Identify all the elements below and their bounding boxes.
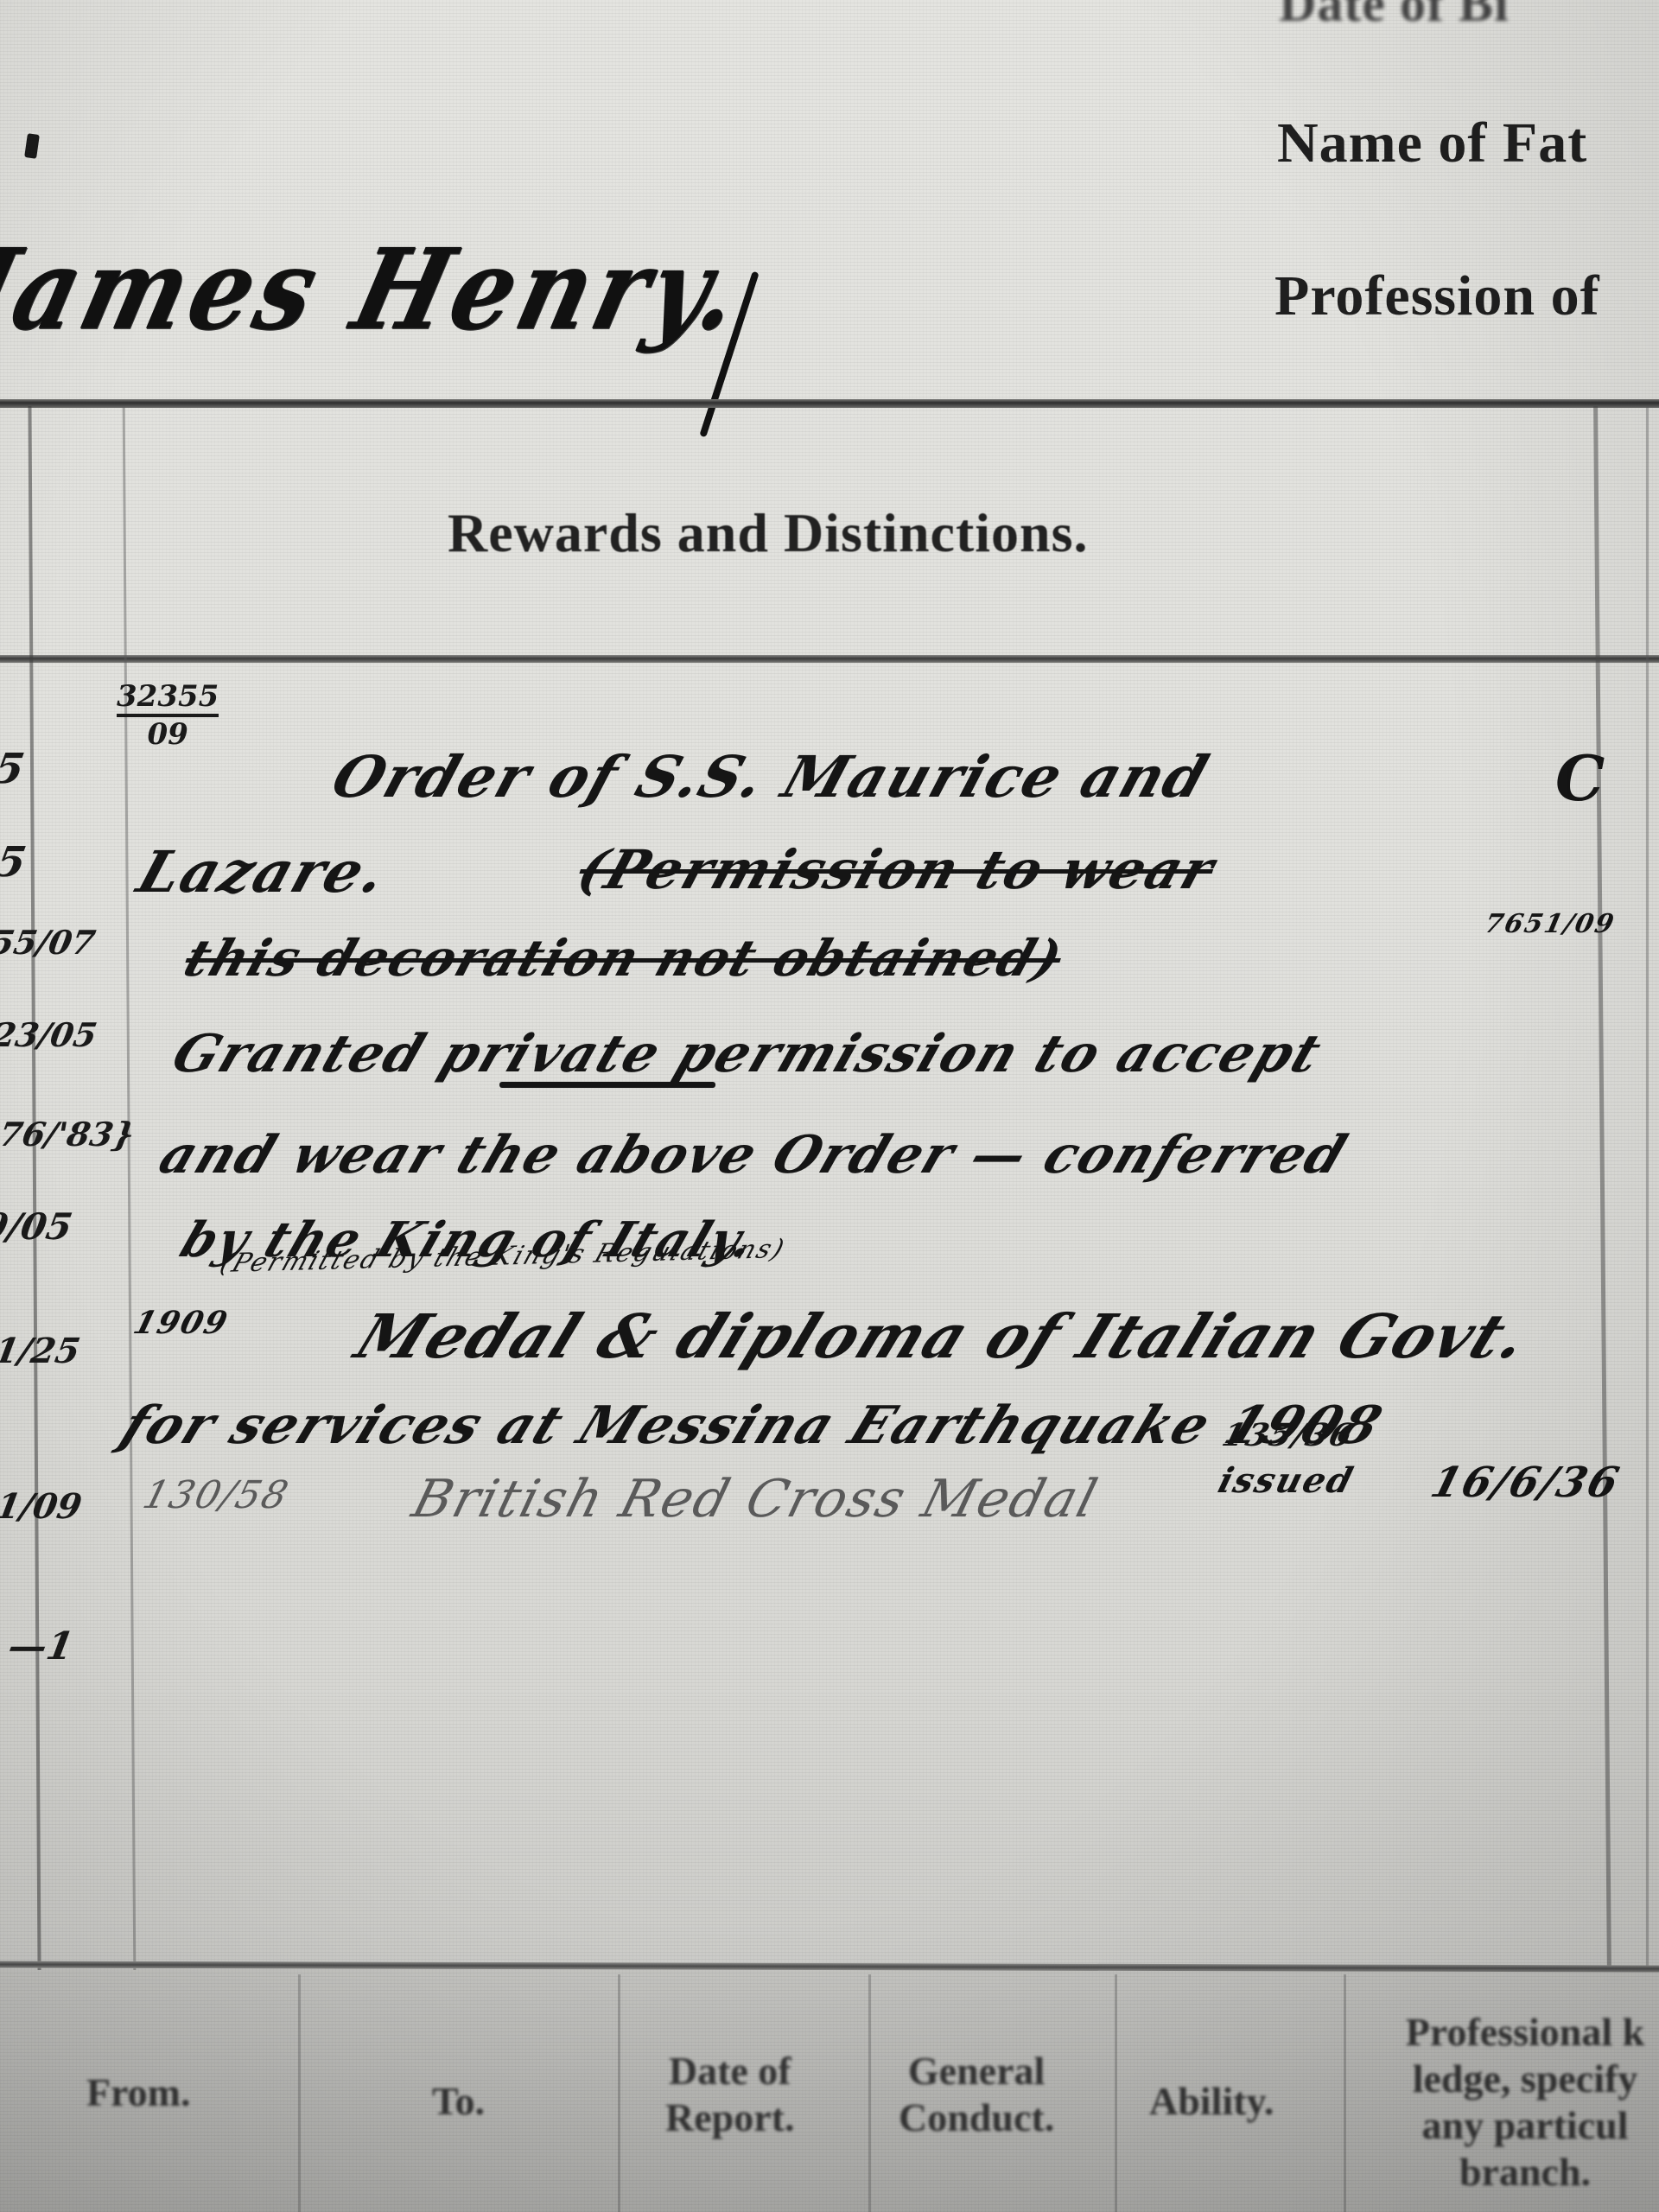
entry-line: Lazare. bbox=[130, 838, 397, 906]
column-header-from: From. bbox=[86, 2069, 191, 2116]
column-header-ability: Ability. bbox=[1149, 2078, 1274, 2125]
underline-mark bbox=[499, 1082, 715, 1088]
struck-entry-line: this decoration not obtained) bbox=[177, 929, 1071, 988]
struck-entry-text: (Permission to wear bbox=[570, 838, 1224, 901]
reference-number: 7651/09 bbox=[1482, 909, 1618, 939]
entry-date-reference: 135/36 bbox=[1218, 1417, 1358, 1453]
issued-label: issued bbox=[1214, 1460, 1358, 1501]
entry-year: 1909 bbox=[130, 1305, 232, 1341]
issued-date: 16/6/36 bbox=[1426, 1459, 1625, 1507]
column-divider bbox=[298, 1974, 301, 2212]
entry-line: Medal & diploma of Italian Govt. bbox=[346, 1300, 1541, 1372]
entry-line: and wear the above Order — conferred bbox=[151, 1125, 1356, 1185]
column-header-professional-knowledge: Professional k ledge, specify any partic… bbox=[1352, 2009, 1659, 2196]
entry-line: Granted private permission to accept bbox=[164, 1024, 1331, 1084]
reference-number: 32355 bbox=[117, 679, 219, 714]
rewards-entries: 32355 09 Order of S.S. Maurice and C Laz… bbox=[0, 0, 1659, 2212]
entry-reference: 130/58 bbox=[138, 1473, 294, 1517]
column-header-to: To. bbox=[432, 2078, 485, 2125]
column-header-general-conduct: General Conduct. bbox=[899, 2048, 1054, 2141]
column-header-date-of-report: Date of Report. bbox=[665, 2048, 794, 2141]
entry-line: Order of S.S. Maurice and bbox=[324, 743, 1217, 810]
column-divider bbox=[868, 1974, 871, 2212]
column-divider bbox=[1115, 1974, 1117, 2212]
entry-line: for services at Messina Earthquake 1908 bbox=[112, 1395, 1392, 1456]
column-divider bbox=[618, 1974, 620, 2212]
entry-line: British Red Cross Medal bbox=[406, 1469, 1104, 1529]
column-divider bbox=[1344, 1974, 1346, 2212]
right-edge-fragment: C bbox=[1555, 741, 1606, 815]
reference-fraction: 32355 09 bbox=[117, 681, 219, 750]
reference-year: 09 bbox=[147, 717, 188, 752]
